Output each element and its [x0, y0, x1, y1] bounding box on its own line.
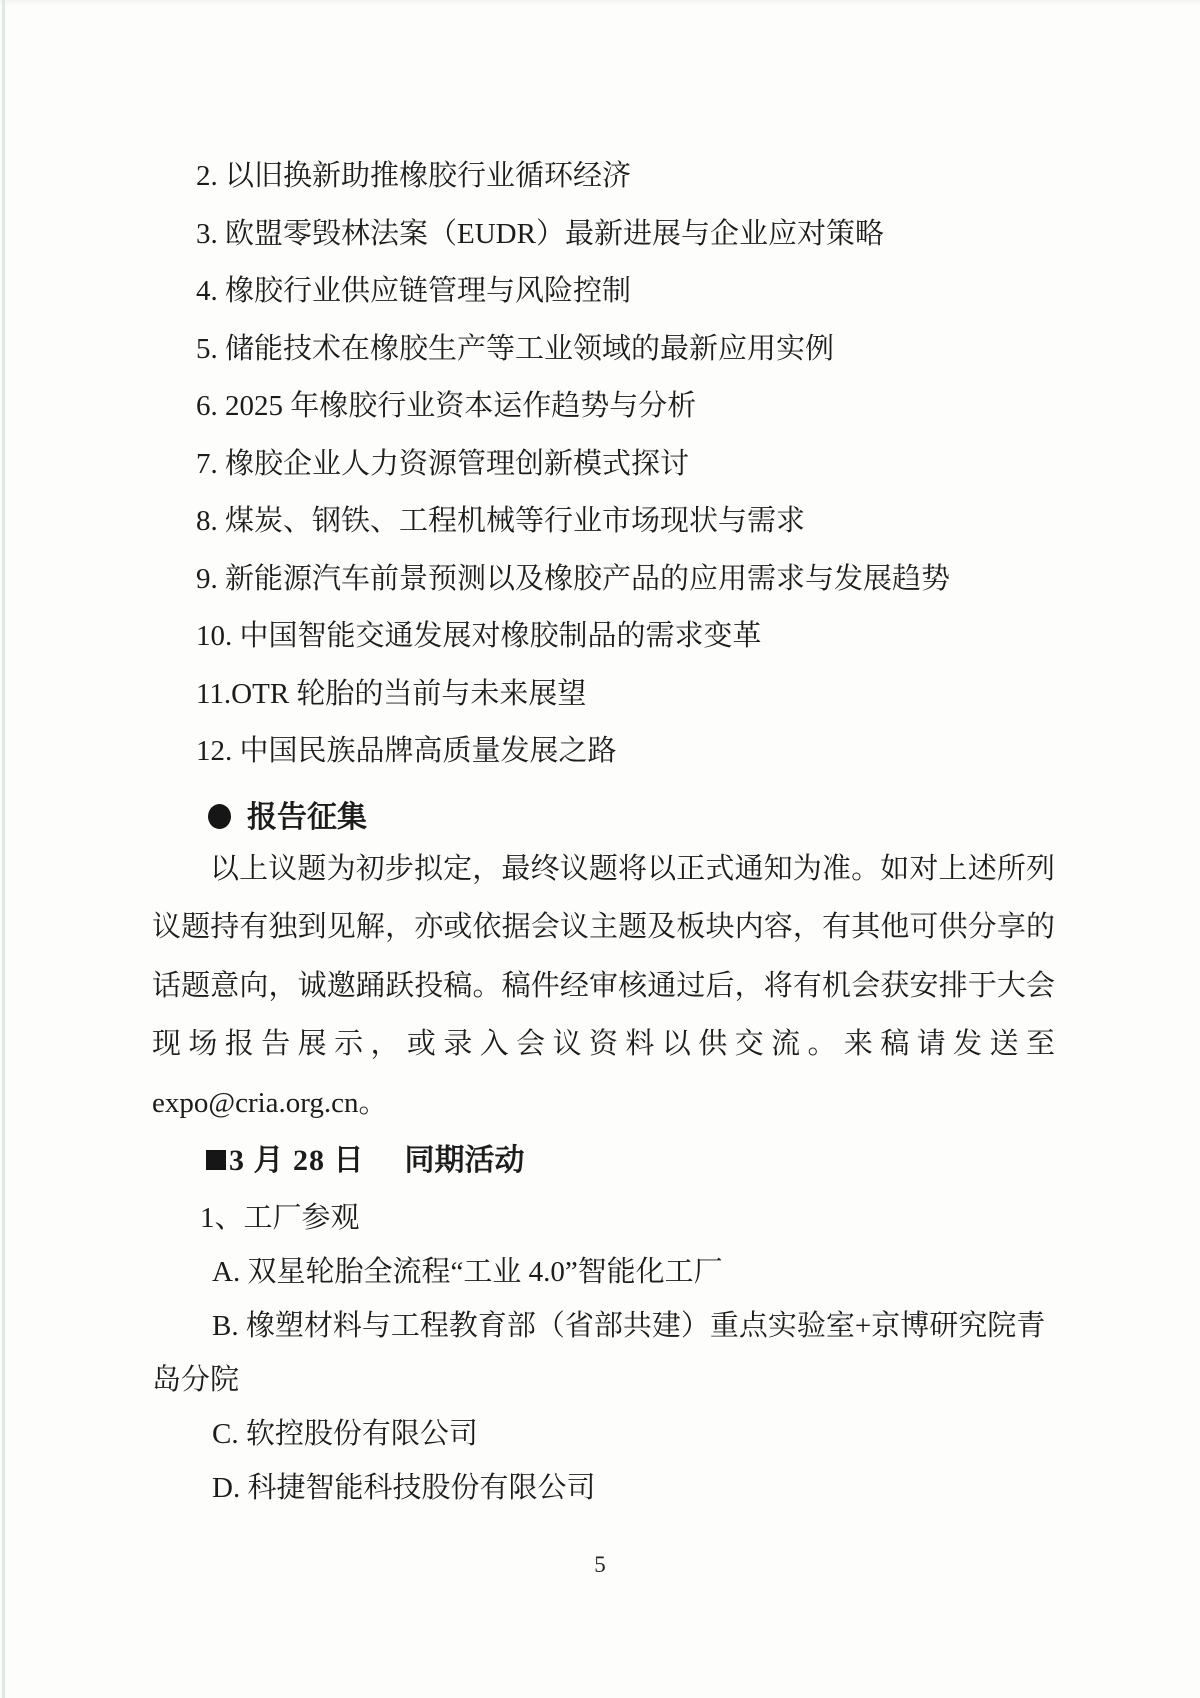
- call-for-papers-paragraph: 以上议题为初步拟定，最终议题将以正式通知为准。如对上述所列 议题持有独到见解，亦…: [152, 840, 1055, 1133]
- topic-item-8: 8. 煤炭、钢铁、工程机械等行业市场现状与需求: [152, 493, 1055, 551]
- activities-title: 同期活动: [405, 1144, 525, 1177]
- activities-date: 3 月 28 日: [229, 1144, 365, 1177]
- topic-item-10: 10. 中国智能交通发展对橡胶制品的需求变革: [152, 608, 1055, 666]
- paragraph-line: 议题持有独到见解，亦或依据会议主题及板块内容，有其他可供分享的: [152, 898, 1055, 957]
- paragraph-line: 现场报告展示，或录入会议资料以供交流。来稿请发送至: [152, 1015, 1055, 1074]
- document-content: 2. 以旧换新助推橡胶行业循环经济 3. 欧盟零毁林法案（EUDR）最新进展与企…: [152, 148, 1055, 1515]
- activities-section-header: 3 月 28 日同期活动: [152, 1132, 1055, 1191]
- paragraph-line: 话题意向，诚邀踊跃投稿。稿件经审核通过后，将有机会获安排于大会: [152, 957, 1055, 1016]
- topic-item-4: 4. 橡胶行业供应链管理与风险控制: [152, 263, 1055, 321]
- tour-item-c: C. 软控股份有限公司: [152, 1407, 1055, 1461]
- topic-item-9: 9. 新能源汽车前景预测以及橡胶产品的应用需求与发展趋势: [152, 551, 1055, 609]
- topic-item-11: 11.OTR 轮胎的当前与未来展望: [152, 666, 1055, 724]
- tour-item-b-wrap: 岛分院: [152, 1353, 1055, 1407]
- topic-item-12: 12. 中国民族品牌高质量发展之路: [152, 723, 1055, 781]
- report-section-header: 报告征集: [152, 789, 1055, 846]
- topic-item-7: 7. 橡胶企业人力资源管理创新模式探讨: [152, 436, 1055, 494]
- topic-item-6: 6. 2025 年橡胶行业资本运作趋势与分析: [152, 378, 1055, 436]
- paragraph-line: 以上议题为初步拟定，最终议题将以正式通知为准。如对上述所列: [152, 840, 1055, 899]
- scan-artifact-line: [2, 0, 5, 1698]
- tour-item-b: B. 橡塑材料与工程教育部（省部共建）重点实验室+京博研究院青: [152, 1299, 1055, 1353]
- topic-item-3: 3. 欧盟零毁林法案（EUDR）最新进展与企业应对策略: [152, 206, 1055, 264]
- tour-item-d: D. 科捷智能科技股份有限公司: [152, 1461, 1055, 1515]
- page-number: 5: [0, 1552, 1200, 1578]
- factory-tour-heading: 1、工厂参观: [152, 1191, 1055, 1245]
- scanned-document-page: { "colors": { "ink": "#1c1c1c", "paper":…: [0, 0, 1200, 1698]
- topic-item-2: 2. 以旧换新助推橡胶行业循环经济: [152, 148, 1055, 206]
- square-bullet-icon: [206, 1150, 226, 1170]
- tour-item-a: A. 双星轮胎全流程“工业 4.0”智能化工厂: [152, 1245, 1055, 1299]
- activities-list: 1、工厂参观 A. 双星轮胎全流程“工业 4.0”智能化工厂 B. 橡塑材料与工…: [152, 1191, 1055, 1515]
- topic-item-5: 5. 储能技术在橡胶生产等工业领域的最新应用实例: [152, 321, 1055, 379]
- report-section-title: 报告征集: [247, 801, 367, 834]
- topics-list: 2. 以旧换新助推橡胶行业循环经济 3. 欧盟零毁林法案（EUDR）最新进展与企…: [152, 148, 1055, 781]
- circle-bullet-icon: [208, 804, 231, 829]
- email-text: expo@cria.org.cn。: [152, 1074, 1055, 1133]
